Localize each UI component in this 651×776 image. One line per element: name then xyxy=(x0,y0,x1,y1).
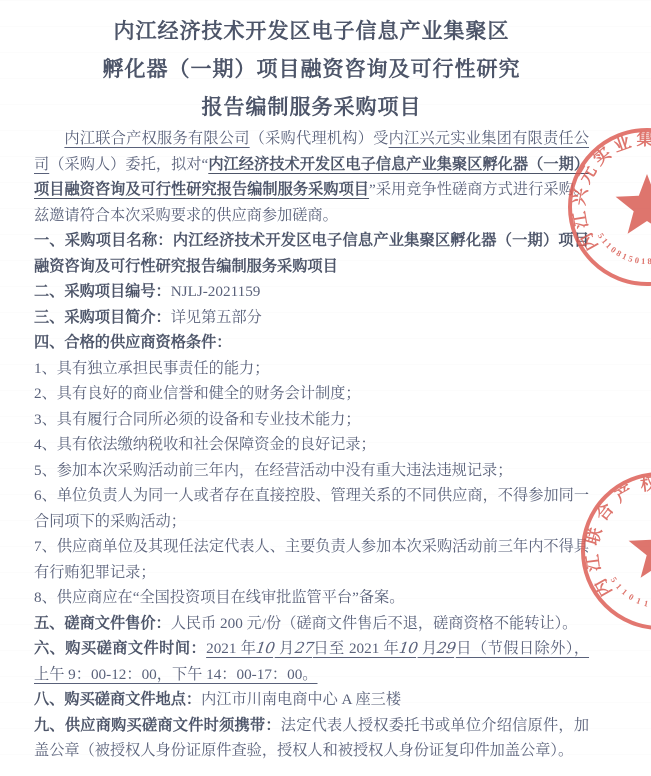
text-segment: 内江联合产权服务有限公司 xyxy=(64,130,249,147)
title-line-1: 内江经济技术开发区电子信息产业集聚区 xyxy=(34,12,589,50)
seal-code-text: 511011503 xyxy=(609,575,651,610)
text-segment: 一、采购项目名称： xyxy=(34,232,173,249)
official-seal-buyer: 内江兴元实业集团有限责任公司 51108150180 xyxy=(562,122,651,292)
document-title: 内江经济技术开发区电子信息产业集聚区 孵化器（一期）项目融资咨询及可行性研究 报… xyxy=(34,12,589,126)
handwritten-date: 29 xyxy=(436,636,458,662)
text-segment: 上午 9：00-12：00，下午 14：00-17：00。 xyxy=(34,666,318,683)
text-segment: 六、购买磋商文件时间： xyxy=(34,640,206,657)
condition-5: 5、参加本次采购活动前三年内，在经营活动中没有重大违法违规记录； xyxy=(34,458,589,484)
section-9-required-items: 九、供应商购买磋商文件时须携带：法定代表人授权委托书或单位介绍信原件，加盖公章（… xyxy=(34,713,589,764)
text-segment: 2、具有良好的商业信誉和健全的财务会计制度； xyxy=(34,385,361,402)
condition-7: 7、供应商单位及其现任法定代表人、主要负责人参加本次采购活动前三年内不得具有行贿… xyxy=(34,534,589,585)
section-4-qualification: 四、合格的供应商资格条件： xyxy=(34,330,589,356)
text-segment: 八、购买磋商文件地点： xyxy=(34,691,201,708)
section-1-project-name: 一、采购项目名称：内江经济技术开发区电子信息产业集聚区孵化器（一期）项目融资咨询… xyxy=(34,228,589,279)
text-segment: 7、供应商单位及其现任法定代表人、主要负责人参加本次采购活动前三年内不得具有行贿… xyxy=(34,538,589,581)
text-segment: 6、单位负责人为同一人或者存在直接控股、管理关系的不同供应商，不得参加同一合同项… xyxy=(34,487,589,530)
condition-2: 2、具有良好的商业信誉和健全的财务会计制度； xyxy=(34,381,589,407)
text-segment: 人民币 200 元/份（磋商文件售后不退，磋商资格不能转让）。 xyxy=(171,615,578,632)
official-seal-agency: 内江联合产权服务有限公司 511011503 xyxy=(575,466,651,636)
seal-code-text: 51108150180 xyxy=(596,231,651,266)
text-segment: 8、供应商应在“全国投资项目在线审批监管平台”备案。 xyxy=(34,589,404,606)
text-segment: （采购代理机构）受 xyxy=(250,130,389,147)
section-5-document-price: 五、磋商文件售价：人民币 200 元/份（磋商文件售后不退，磋商资格不能转让）。 xyxy=(34,611,589,637)
star-icon xyxy=(629,518,651,578)
condition-6: 6、单位负责人为同一人或者存在直接控股、管理关系的不同供应商，不得参加同一合同项… xyxy=(34,483,589,534)
section-2-project-number: 二、采购项目编号：NJLJ-2021159 xyxy=(34,279,589,305)
condition-3: 3、具有履行合同所必须的设备和专业技术能力； xyxy=(34,407,589,433)
text-segment: NJLJ-2021159 xyxy=(171,283,261,300)
section-6-purchase-time: 六、购买磋商文件时间：2021 年10 月27日至 2021 年10 月29日（… xyxy=(34,636,589,687)
handwritten-date: 10 xyxy=(255,636,277,662)
document-body: 内江联合产权服务有限公司（采购代理机构）受内江兴元实业集团有限责任公司（采购人）… xyxy=(34,126,589,764)
text-segment: 2021 年 xyxy=(206,640,256,657)
title-line-3: 报告编制服务采购项目 xyxy=(34,88,589,126)
condition-1: 1、具有独立承担民事责任的能力； xyxy=(34,356,589,382)
condition-8: 8、供应商应在“全国投资项目在线审批监管平台”备案。 xyxy=(34,585,589,611)
star-icon xyxy=(616,174,651,234)
text-segment: 二、采购项目编号： xyxy=(34,283,171,300)
title-line-2: 孵化器（一期）项目融资咨询及可行性研究 xyxy=(34,50,589,88)
section-3-project-brief: 三、采购项目简介：详见第五部分 xyxy=(34,305,589,331)
text-segment: 四、合格的供应商资格条件： xyxy=(34,334,231,351)
text-segment: 4、具有依法缴纳税收和社会保障资金的良好记录； xyxy=(34,436,376,453)
scanned-document-page: 内江经济技术开发区电子信息产业集聚区 孵化器（一期）项目融资咨询及可行性研究 报… xyxy=(0,0,651,776)
text-segment: 3、具有履行合同所必须的设备和专业技术能力； xyxy=(34,411,361,428)
handwritten-date: 27 xyxy=(293,636,315,662)
text-segment: 内江市川南电商中心 A 座三楼 xyxy=(201,691,401,708)
text-segment: 详见第五部分 xyxy=(171,309,262,326)
intro-paragraph: 内江联合产权服务有限公司（采购代理机构）受内江兴元实业集团有限责任公司（采购人）… xyxy=(34,126,589,228)
text-segment: 1、具有独立承担民事责任的能力； xyxy=(34,360,269,377)
document-content: 内江经济技术开发区电子信息产业集聚区 孵化器（一期）项目融资咨询及可行性研究 报… xyxy=(0,0,651,764)
text-segment: 三、采购项目简介： xyxy=(34,309,171,326)
seal-company-text: 内江联合产权服务有限公司 xyxy=(577,467,651,612)
condition-4: 4、具有依法缴纳税收和社会保障资金的良好记录； xyxy=(34,432,589,458)
text-segment: 月 xyxy=(418,640,438,657)
text-segment: 日至 2021 年 xyxy=(313,640,399,657)
section-8-purchase-place: 八、购买磋商文件地点：内江市川南电商中心 A 座三楼 xyxy=(34,687,589,713)
text-segment: 日（节假日除外）， xyxy=(456,640,589,657)
text-segment: 月 xyxy=(275,640,295,657)
text-segment: 五、磋商文件售价： xyxy=(34,615,171,632)
text-segment: （采购人）委托，拟对“ xyxy=(49,156,208,173)
handwritten-date: 10 xyxy=(397,636,419,662)
text-segment: 5、参加本次采购活动前三年内，在经营活动中没有重大违法违规记录； xyxy=(34,462,512,479)
text-segment: 九、供应商购买磋商文件时须携带： xyxy=(34,717,281,734)
